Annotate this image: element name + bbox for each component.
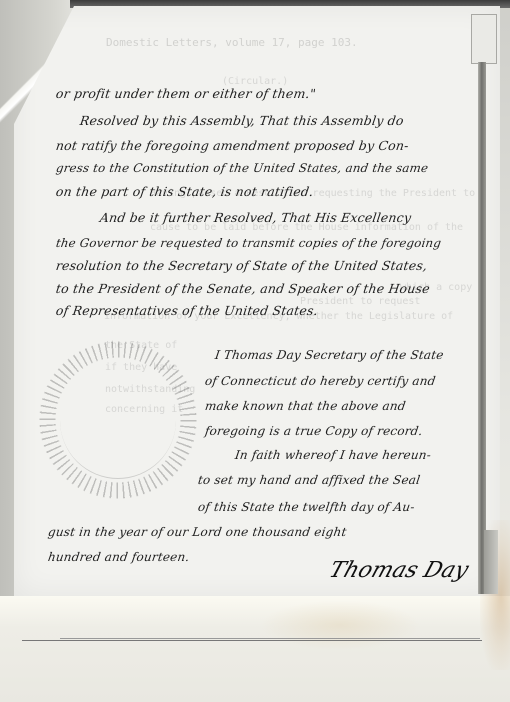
handwritten-line: or profit under them or either of them." (55, 86, 317, 101)
binder-rod (478, 62, 486, 594)
handwritten-line: resolution to the Secretary of State of … (55, 258, 428, 273)
certification-line: gust in the year of our Lord one thousan… (47, 525, 347, 539)
water-stain (260, 600, 420, 650)
seal-inner-ring (60, 362, 176, 479)
document-scan: Domestic Letters, volume 17, page 103. (… (0, 0, 510, 702)
handwritten-line: not ratify the foregoing amendment propo… (55, 138, 410, 153)
certification-line: In faith whereof I have hereun- (234, 448, 432, 462)
handwritten-line: gress to the Constitution of the United … (55, 161, 429, 175)
typed-header: Domestic Letters, volume 17, page 103. (106, 36, 358, 49)
handwritten-line: And be it further Resolved, That His Exc… (99, 210, 412, 225)
certification-line: of Connecticut do hereby certify and (204, 374, 437, 388)
certification-line: of this State the twelfth day of Au- (197, 500, 416, 514)
certification-line: foregoing is a true Copy of record. (204, 424, 424, 438)
handwritten-line: on the part of this State, is not ratifi… (55, 184, 315, 199)
binder-foot (484, 530, 498, 594)
underlying-page (0, 596, 510, 702)
handwritten-line: of Representatives of the United States. (55, 303, 319, 318)
handwritten-line: the Governor be requested to transmit co… (55, 236, 442, 250)
certification-line: I Thomas Day Secretary of the State (214, 348, 445, 362)
handwritten-line: to the President of the Senate, and Spea… (55, 281, 431, 296)
binder-tab (471, 14, 497, 64)
certification-line: make known that the above and (204, 399, 407, 413)
signature: Thomas Day (326, 558, 472, 583)
certification-line: to set my hand and affixed the Seal (197, 473, 421, 487)
page-border-line (22, 640, 482, 641)
certification-line: hundred and fourteen. (47, 550, 190, 564)
handwritten-line: Resolved by this Assembly, That this Ass… (79, 113, 405, 128)
page-border-line (60, 638, 480, 639)
